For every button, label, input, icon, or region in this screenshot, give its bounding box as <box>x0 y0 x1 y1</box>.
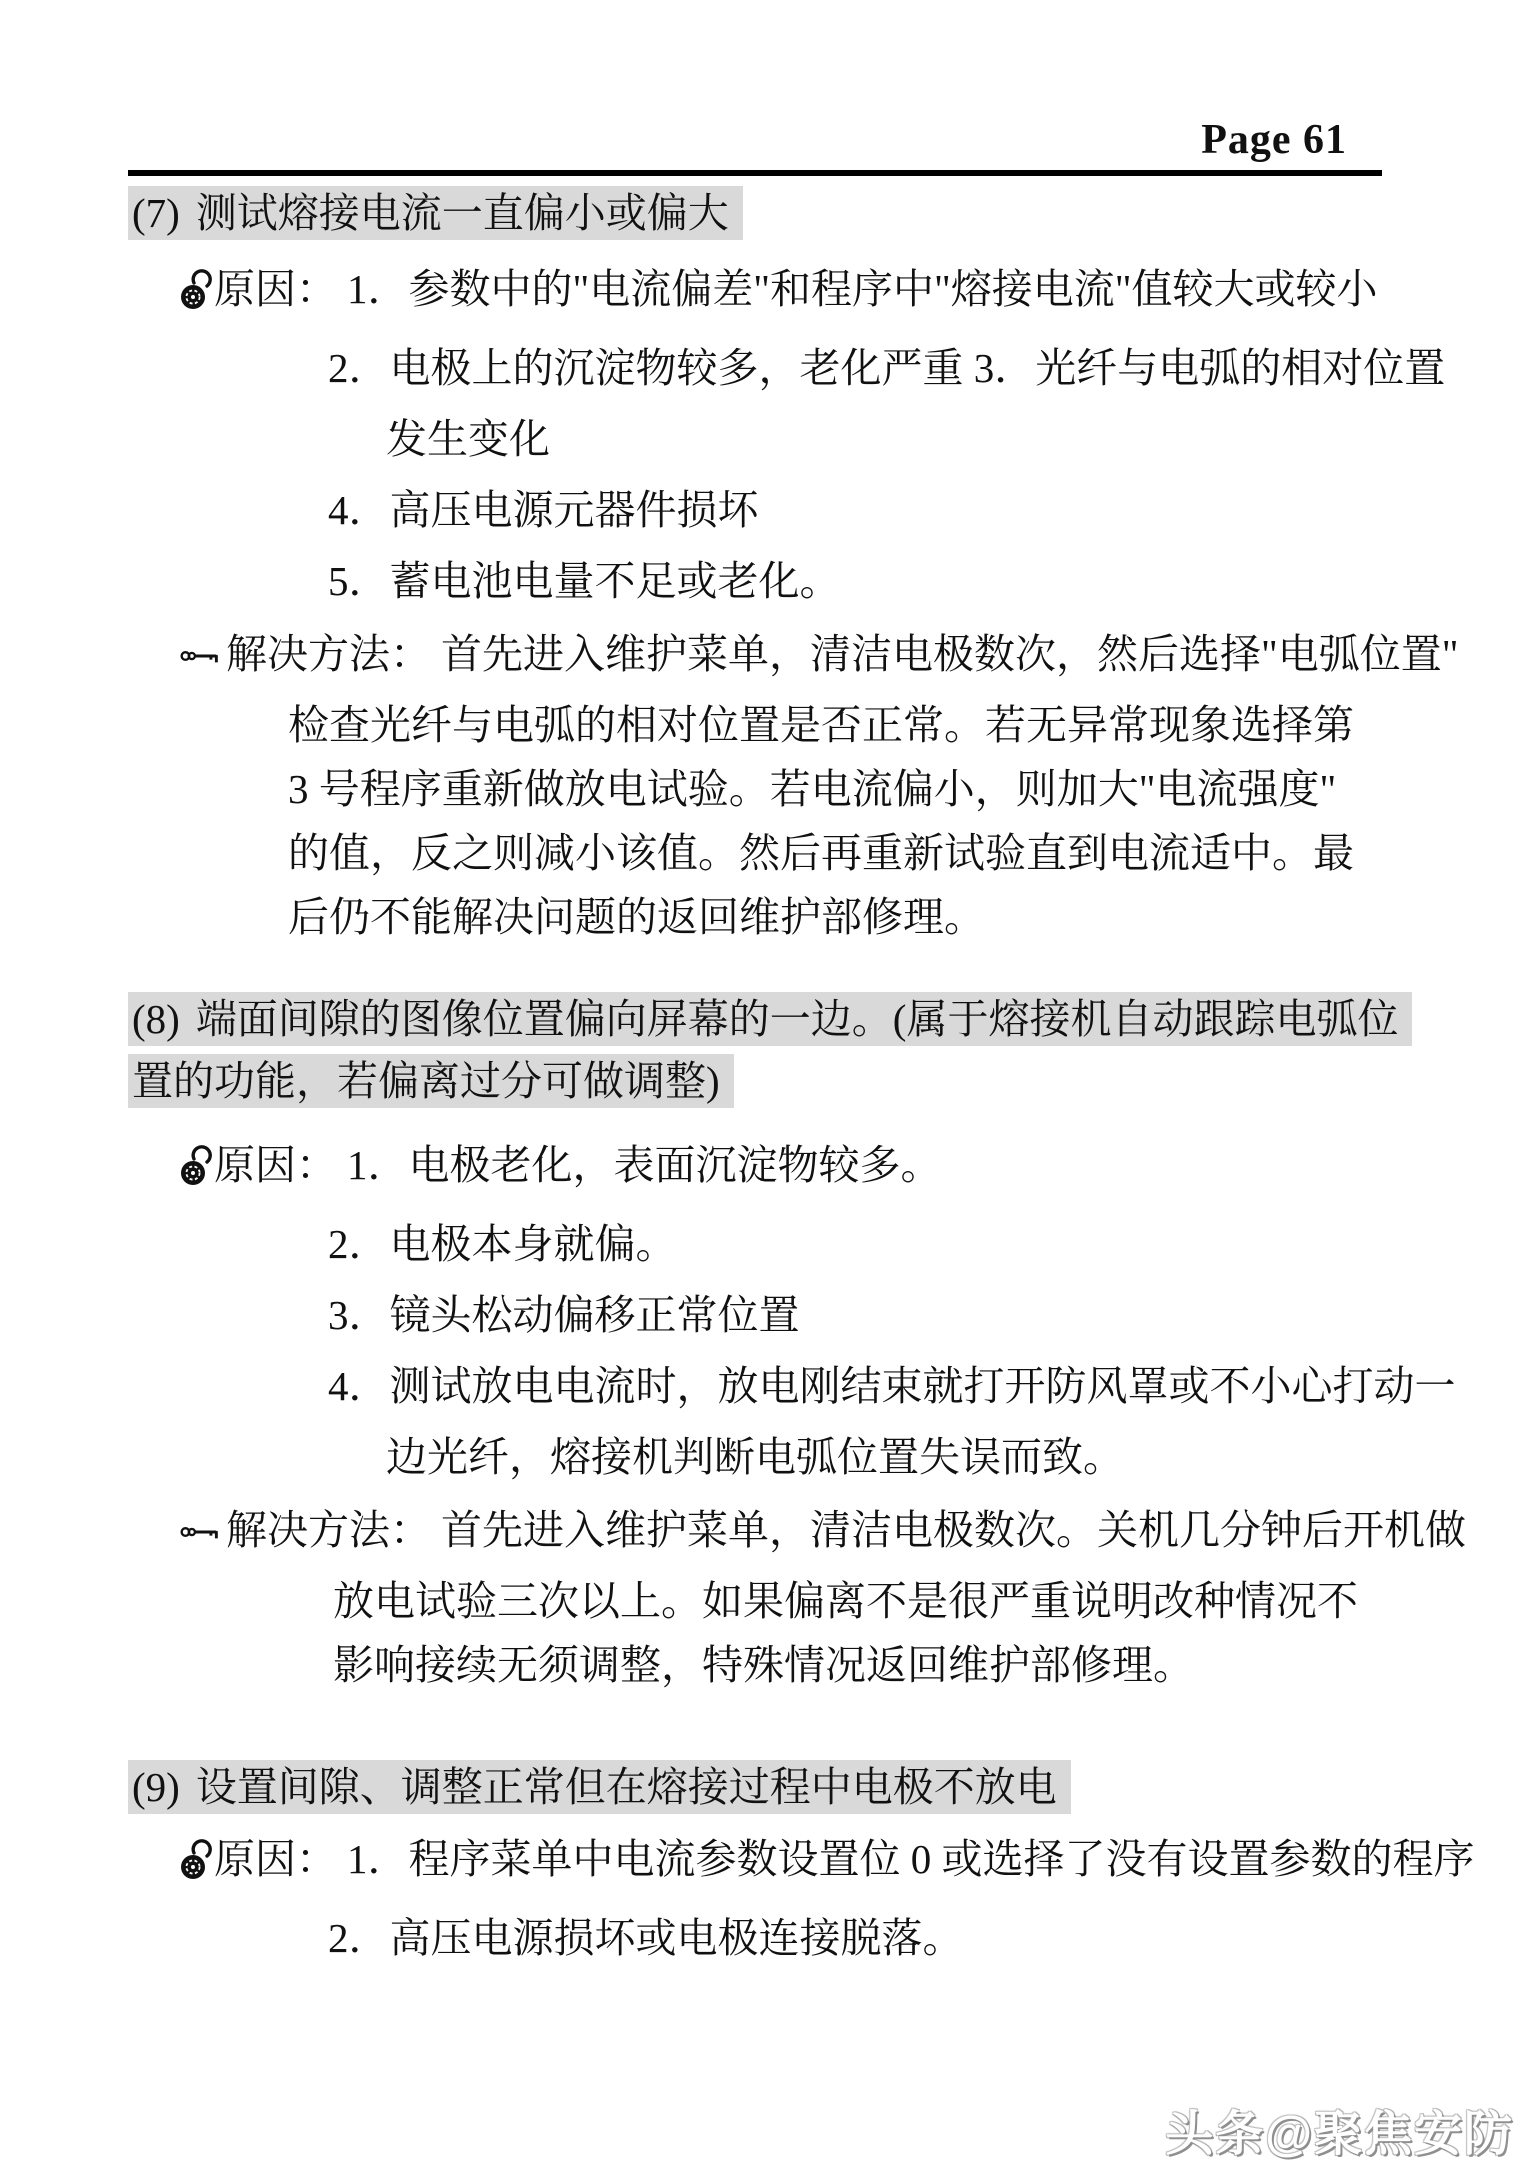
section-7-number: (7) <box>132 190 180 236</box>
section-7-cause-line-3: 发生变化 <box>128 410 1410 468</box>
section-8-solution-line-3: 影响接续无须调整，特殊情况返回维护部修理。 <box>128 1636 1410 1694</box>
watermark: 头条@聚焦安防 <box>1165 2095 1514 2164</box>
header-rule <box>128 170 1382 176</box>
section-7-title: 测试熔接电流一直偏小或偏大 <box>196 190 729 236</box>
section-8-heading-line-2: 置的功能，若偏离过分可做调整) <box>128 1054 1410 1108</box>
section-9-heading: (9)设置间隙、调整正常但在熔接过程中电极不放电 <box>128 1760 1410 1814</box>
document-page: Page 61 (7)测试熔接电流一直偏小或偏大 原因：1．参数中的"电流偏差"… <box>0 0 1536 2174</box>
cause-label: 原因： <box>214 1836 337 1882</box>
section-8-number: (8) <box>132 996 180 1042</box>
section-7-solution-line-1: 解决方法：首先进入维护菜单，清洁电极数次，然后选择"电弧位置" <box>128 623 1410 683</box>
cause-text: 1．程序菜单中电流参数设置位 0 或选择了没有设置参数的程序 <box>347 1836 1475 1882</box>
section-8-solution-line-2: 放电试验三次以上。如果偏离不是很严重说明改种情况不 <box>128 1572 1410 1630</box>
key-icon <box>180 1499 220 1557</box>
section-8: (8)端面间隙的图像位置偏向屏幕的一边。(属于熔接机自动跟踪电弧位 置的功能，若… <box>128 992 1410 1694</box>
section-8-cause-line-1: 原因：1．电极老化，表面沉淀物较多。 <box>128 1136 1410 1202</box>
section-8-cause-line-4: 4．测试放电电流时，放电刚结束就打开防风罩或不小心打动一 <box>128 1357 1410 1415</box>
section-7-solution-line-3: 3 号程序重新做放电试验。若电流偏小，则加大"电流强度" <box>128 760 1410 818</box>
section-8-heading: (8)端面间隙的图像位置偏向屏幕的一边。(属于熔接机自动跟踪电弧位 <box>128 992 1410 1046</box>
section-8-cause-line-5: 边光纤，熔接机判断电弧位置失误而致。 <box>128 1428 1410 1486</box>
cause-text: 1．参数中的"电流偏差"和程序中"熔接电流"值较大或较小 <box>347 266 1377 312</box>
solution-text: 首先进入维护菜单，清洁电极数次。关机几分钟后开机做 <box>441 1507 1466 1553</box>
section-7-solution-line-5: 后仍不能解决问题的返回维护部修理。 <box>128 888 1410 946</box>
page-number: Page 61 <box>128 118 1410 162</box>
section-7-solution-line-2: 检查光纤与电弧的相对位置是否正常。若无异常现象选择第 <box>128 696 1410 754</box>
cause-label: 原因： <box>214 1142 337 1188</box>
section-8-cause-line-3: 3．镜头松动偏移正常位置 <box>128 1286 1410 1344</box>
section-8-title: 端面间隙的图像位置偏向屏幕的一边。(属于熔接机自动跟踪电弧位 <box>196 996 1399 1042</box>
section-7-solution-line-4: 的值，反之则减小该值。然后再重新试验直到电流适中。最 <box>128 824 1410 882</box>
section-8-solution-line-1: 解决方法：首先进入维护菜单，清洁电极数次。关机几分钟后开机做 <box>128 1499 1410 1559</box>
lock-icon <box>180 265 212 326</box>
section-9-number: (9) <box>132 1764 180 1810</box>
section-7-cause-line-1: 原因：1．参数中的"电流偏差"和程序中"熔接电流"值较大或较小 <box>128 260 1410 326</box>
section-7-cause-line-4: 4．高压电源元器件损坏 <box>128 481 1410 539</box>
section-7-cause-line-2: 2．电极上的沉淀物较多，老化严重 3．光纤与电弧的相对位置 <box>128 339 1410 397</box>
section-9-title: 设置间隙、调整正常但在熔接过程中电极不放电 <box>196 1764 1057 1810</box>
section-7-heading: (7)测试熔接电流一直偏小或偏大 <box>128 186 1410 240</box>
lock-icon <box>180 1835 212 1896</box>
section-7-cause-line-5: 5．蓄电池电量不足或老化。 <box>128 552 1410 610</box>
cause-label: 原因： <box>214 266 337 312</box>
solution-text: 首先进入维护菜单，清洁电极数次，然后选择"电弧位置" <box>441 631 1458 677</box>
lock-icon <box>180 1141 212 1202</box>
section-7: (7)测试熔接电流一直偏小或偏大 原因：1．参数中的"电流偏差"和程序中"熔接电… <box>128 186 1410 946</box>
solution-label: 解决方法： <box>226 631 431 677</box>
section-8-cause-line-2: 2．电极本身就偏。 <box>128 1215 1410 1273</box>
section-9-cause-line-2: 2．高压电源损坏或电极连接脱落。 <box>128 1909 1410 1967</box>
cause-text: 1．电极老化，表面沉淀物较多。 <box>347 1142 942 1188</box>
solution-label: 解决方法： <box>226 1507 431 1553</box>
section-9-cause-line-1: 原因：1．程序菜单中电流参数设置位 0 或选择了没有设置参数的程序 <box>128 1830 1410 1896</box>
section-9: (9)设置间隙、调整正常但在熔接过程中电极不放电 原因：1．程序菜单中电流参数设… <box>128 1760 1410 1967</box>
key-icon <box>180 623 220 681</box>
